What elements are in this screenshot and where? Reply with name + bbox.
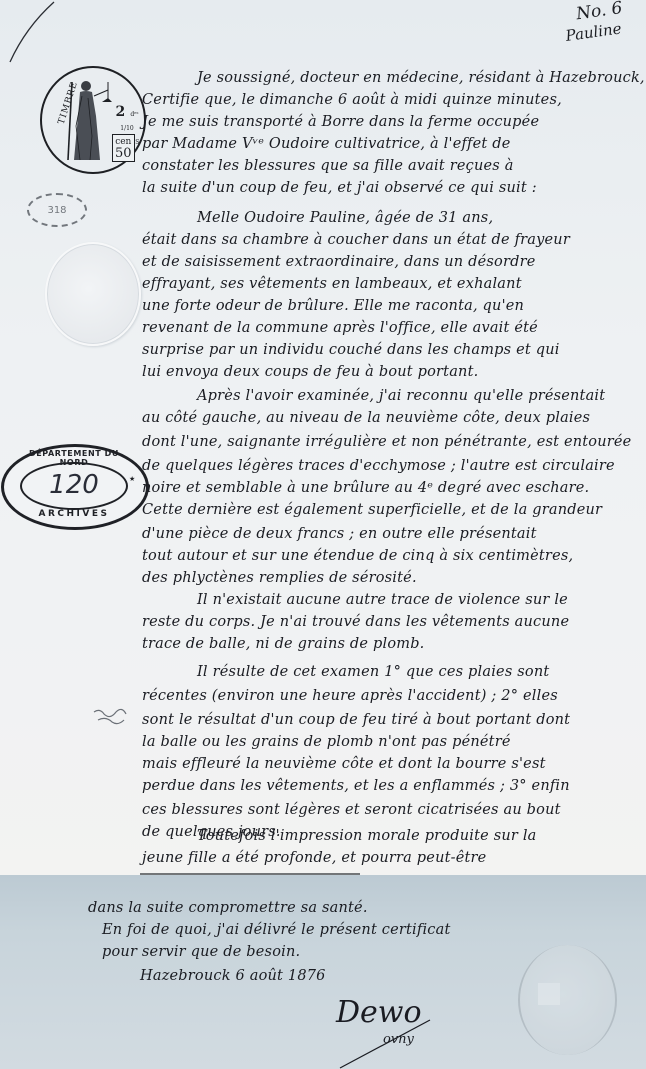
body-line: jeune fille a été profonde, et pourra pe… — [142, 850, 486, 866]
body-line: d'une pièce de deux francs ; en outre el… — [142, 526, 537, 542]
embossed-mark — [90, 700, 134, 730]
body-line: surprise par un individu couché dans les… — [142, 342, 560, 358]
body-line: mais effleuré la neuvième côte et dont l… — [142, 756, 546, 772]
body-line: par Madame Vᵛᵉ Oudoire cultivatrice, à l… — [142, 136, 511, 152]
signature-subscript: ovny — [383, 1032, 414, 1047]
body-line: était dans sa chambre à coucher dans un … — [142, 232, 570, 248]
timbre-stamp: TIMBRE 2 dᵉˢ 1/10 EN SUS cen 50 — [40, 66, 146, 174]
place-date-line: Hazebrouck 6 août 1876 — [140, 968, 326, 984]
closing-line: pour servir que de besoin. — [102, 944, 300, 960]
signature: Dewo — [336, 995, 422, 1030]
embossed-seal-upper — [45, 242, 141, 346]
body-line: tout autour et sur une étendue de cinq à… — [142, 548, 573, 564]
justice-figure-icon — [64, 76, 112, 164]
corner-pen-stroke — [4, 0, 64, 70]
body-line: reste du corps. Je n'ai trouvé dans les … — [142, 614, 569, 630]
body-line: Toutefois l'impression morale produite s… — [142, 828, 537, 844]
body-line: une forte odeur de brûlure. Elle me raco… — [142, 298, 524, 314]
archives-stamp: DÉPARTEMENT DU NORD 120 ★ ARCHIVES — [1, 444, 149, 530]
archives-number: 120 — [22, 468, 126, 502]
archives-label: ARCHIVES — [19, 509, 129, 519]
body-line: la suite d'un coup de feu, et j'ai obser… — [142, 180, 537, 196]
body-line: Il n'existait aucune autre trace de viol… — [142, 592, 568, 608]
closing-line: dans la suite compromettre sa santé. — [88, 900, 368, 916]
body-line: Melle Oudoire Pauline, âgée de 31 ans, — [142, 210, 493, 226]
body-line: des phlyctènes remplies de sérosité. — [142, 570, 417, 586]
body-line: la balle ou les grains de plomb n'ont pa… — [142, 734, 511, 750]
closing-line: En foi de quoi, j'ai délivré le présent … — [102, 922, 451, 938]
body-line: Je me suis transporté à Borre dans la fe… — [142, 114, 539, 130]
body-line: ces blessures sont légères et seront cic… — [142, 802, 561, 818]
body-line: perdue dans les vêtements, et les a enfl… — [142, 778, 570, 794]
body-line: effrayant, ses vêtements en lambeaux, et… — [142, 276, 522, 292]
body-line: trace de balle, ni de grains de plomb. — [142, 636, 425, 652]
body-line: Certifie que, le dimanche 6 août à midi … — [142, 92, 562, 108]
body-line: et de saisissement extraordinaire, dans … — [142, 254, 536, 270]
archives-inner-oval: 120 — [20, 462, 128, 510]
body-line: constater les blessures que sa fille ava… — [142, 158, 514, 174]
body-line: récentes (environ une heure après l'acci… — [142, 688, 558, 704]
body-line: Je soussigné, docteur en médecine, résid… — [142, 70, 645, 86]
body-line: lui envoya deux coups de feu à bout port… — [142, 364, 478, 380]
body-line: Il résulte de cet examen 1° que ces plai… — [142, 664, 549, 680]
body-line: revenant de la commune après l'office, e… — [142, 320, 538, 336]
timbre-cent-box: cen 50 — [112, 134, 135, 162]
body-line: de quelques légères traces d'ecchymose ;… — [142, 458, 615, 474]
body-line: au côté gauche, au niveau de la neuvième… — [142, 410, 590, 426]
body-line: dont l'une, saignante irrégulière et non… — [142, 434, 631, 450]
embossed-seal-lower — [518, 945, 617, 1055]
body-line: Cette dernière est également superficiel… — [142, 502, 602, 518]
body-line: noire et semblable à une brûlure au 4ᵉ d… — [142, 480, 589, 496]
star-icon: ★ — [129, 475, 135, 483]
body-line: sont le résultat d'un coup de feu tiré à… — [142, 712, 570, 728]
small-oval-stamp: 318 — [27, 193, 87, 227]
body-line: Après l'avoir examinée, j'ai reconnu qu'… — [142, 388, 605, 404]
fold-line — [140, 873, 360, 875]
